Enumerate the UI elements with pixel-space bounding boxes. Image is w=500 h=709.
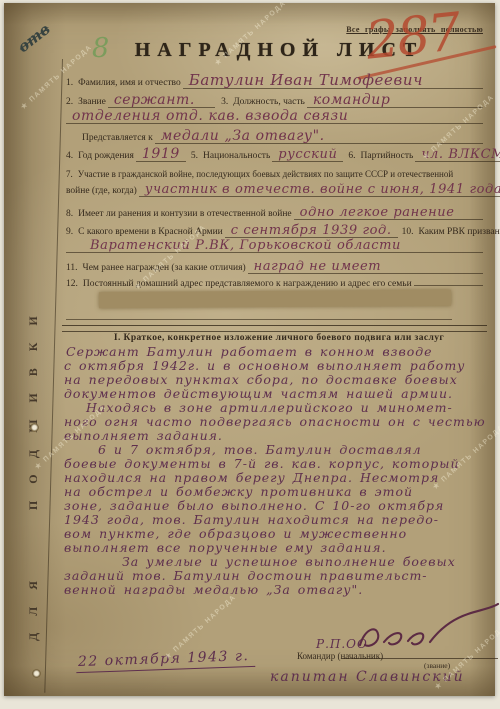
field-number: 1. (66, 78, 73, 88)
field-row-wounds: 8. Имеет ли ранения и контузии в отечест… (66, 206, 483, 220)
field-label-wounds: Имеет ли ранения и контузии в отечествен… (78, 209, 292, 219)
field-label-name: Фамилия, имя и отчество (78, 78, 181, 88)
field-row-drafted-by-value: Варатенский Р.ВК, Горьковской области (66, 239, 483, 253)
binding-margin-text: ДЛЯ ПОДШИВКИ (26, 171, 41, 641)
field-label-nationality: Национальность (203, 151, 270, 161)
field-number: 8. (66, 209, 73, 219)
field-value-award: медали „За отвагу". (155, 129, 483, 144)
field-label-position: Должность, часть (233, 97, 305, 107)
scan-background: отв 8 Все графы заполнять полностью НАГР… (0, 0, 500, 709)
field-value-rank: сержант. (108, 93, 215, 108)
field-row-rank-position: 2. Звание сержант. 3. Должность, часть к… (66, 93, 483, 108)
field-number: 11. (66, 263, 78, 273)
field-label-rank: Звание (78, 97, 106, 107)
field-row-name: 1. Фамилия, имя и отчество Батулин Иван … (66, 73, 483, 89)
field-label-party: Партийность (361, 151, 414, 161)
registration-number: 287 (363, 2, 462, 71)
binding-rule (44, 59, 63, 693)
field-number: 3. (221, 97, 228, 107)
redacted-address-strip (99, 290, 451, 308)
section1-heading: I. Краткое, конкретное изложение личного… (64, 333, 494, 343)
field-number: 6. (348, 151, 355, 161)
field-label-birth-year: Год рождения (78, 151, 134, 161)
field-label-war-where-when: войне (где, когда) (66, 186, 137, 196)
field-label-home-address: Постоянный домашний адрес представляемог… (83, 279, 412, 289)
field-row-recommended-award: Представляется к медали „За отвагу". (66, 129, 483, 144)
citation-paragraph: 6 и 7 октября, тов. Батулин доставлял бо… (64, 443, 496, 555)
field-number: 9. (66, 227, 73, 237)
field-row-service-since: 9. С какого времени в Красной Армии с се… (66, 224, 483, 238)
field-row-war-participation-2: войне (где, когда) участник в отечеств. … (66, 183, 483, 197)
citation-paragraph: Находясь в зоне артиллерийского и миноме… (64, 401, 496, 443)
field-value-drafted-by: Варатенский Р.ВК, Горьковской области (66, 239, 483, 253)
citation-paragraph: За умелые и успешное выполнение боевых з… (64, 555, 496, 597)
document-page: отв 8 Все графы заполнять полностью НАГР… (4, 3, 495, 696)
address-underline (66, 319, 452, 320)
field-row-war-participation: 7. Участие в гражданской войне, последую… (66, 169, 483, 179)
field-value-birth-year: 1919 (136, 147, 186, 162)
field-number: 4. (66, 151, 73, 161)
field-value-home-address-blank (414, 285, 483, 286)
paper-hole (32, 669, 41, 678)
star-icon: ★ (434, 681, 444, 691)
citation-paragraph: Сержант Батулин работает в конном взводе… (64, 345, 496, 401)
corner-note-handwritten: отв (14, 20, 53, 56)
field-row-home-address: 12. Постоянный домашний адрес представля… (66, 279, 483, 289)
field-value-position: командир (307, 93, 483, 108)
section-divider-rule (62, 325, 487, 332)
star-icon: ★ (134, 281, 144, 291)
field-label-recommended: Представляется к (82, 133, 153, 143)
field-number: 5. (191, 151, 198, 161)
field-value-service-since: с сентября 1939 год. (225, 224, 398, 238)
field-number: 10. (402, 227, 414, 237)
field-value-name: Батулин Иван Тимофеевич (183, 73, 483, 89)
field-row-previous-awards: 11. Чем ранее награжден (за какие отличи… (66, 260, 483, 274)
field-number: 12. (66, 279, 78, 289)
field-value-wounds: одно легкое ранение (294, 206, 483, 220)
field-value-war-participation: участник в отечеств. войне с июня, 1941 … (139, 183, 500, 197)
field-value-previous-awards: наград не имеет (248, 260, 483, 274)
star-icon: ★ (214, 57, 224, 67)
paper-hole (30, 423, 39, 432)
citation-text-block: Сержант Батулин работает в конном взводе… (64, 345, 496, 597)
field-number: 7. (66, 169, 73, 179)
field-row-position-continued: отделения отд. кав. взвода связи (66, 109, 483, 124)
field-value-position-continued: отделения отд. кав. взвода связи (66, 109, 483, 124)
field-label-war-participation: Участие в гражданской войне, последующих… (78, 169, 453, 179)
field-label-drafted-by: Каким РВК призван (419, 227, 500, 237)
field-number: 2. (66, 97, 73, 107)
watermark-text: ПАМЯТЬ НАРОДА (172, 594, 237, 654)
field-value-nationality: русский (272, 148, 343, 162)
star-icon: ★ (20, 101, 30, 111)
